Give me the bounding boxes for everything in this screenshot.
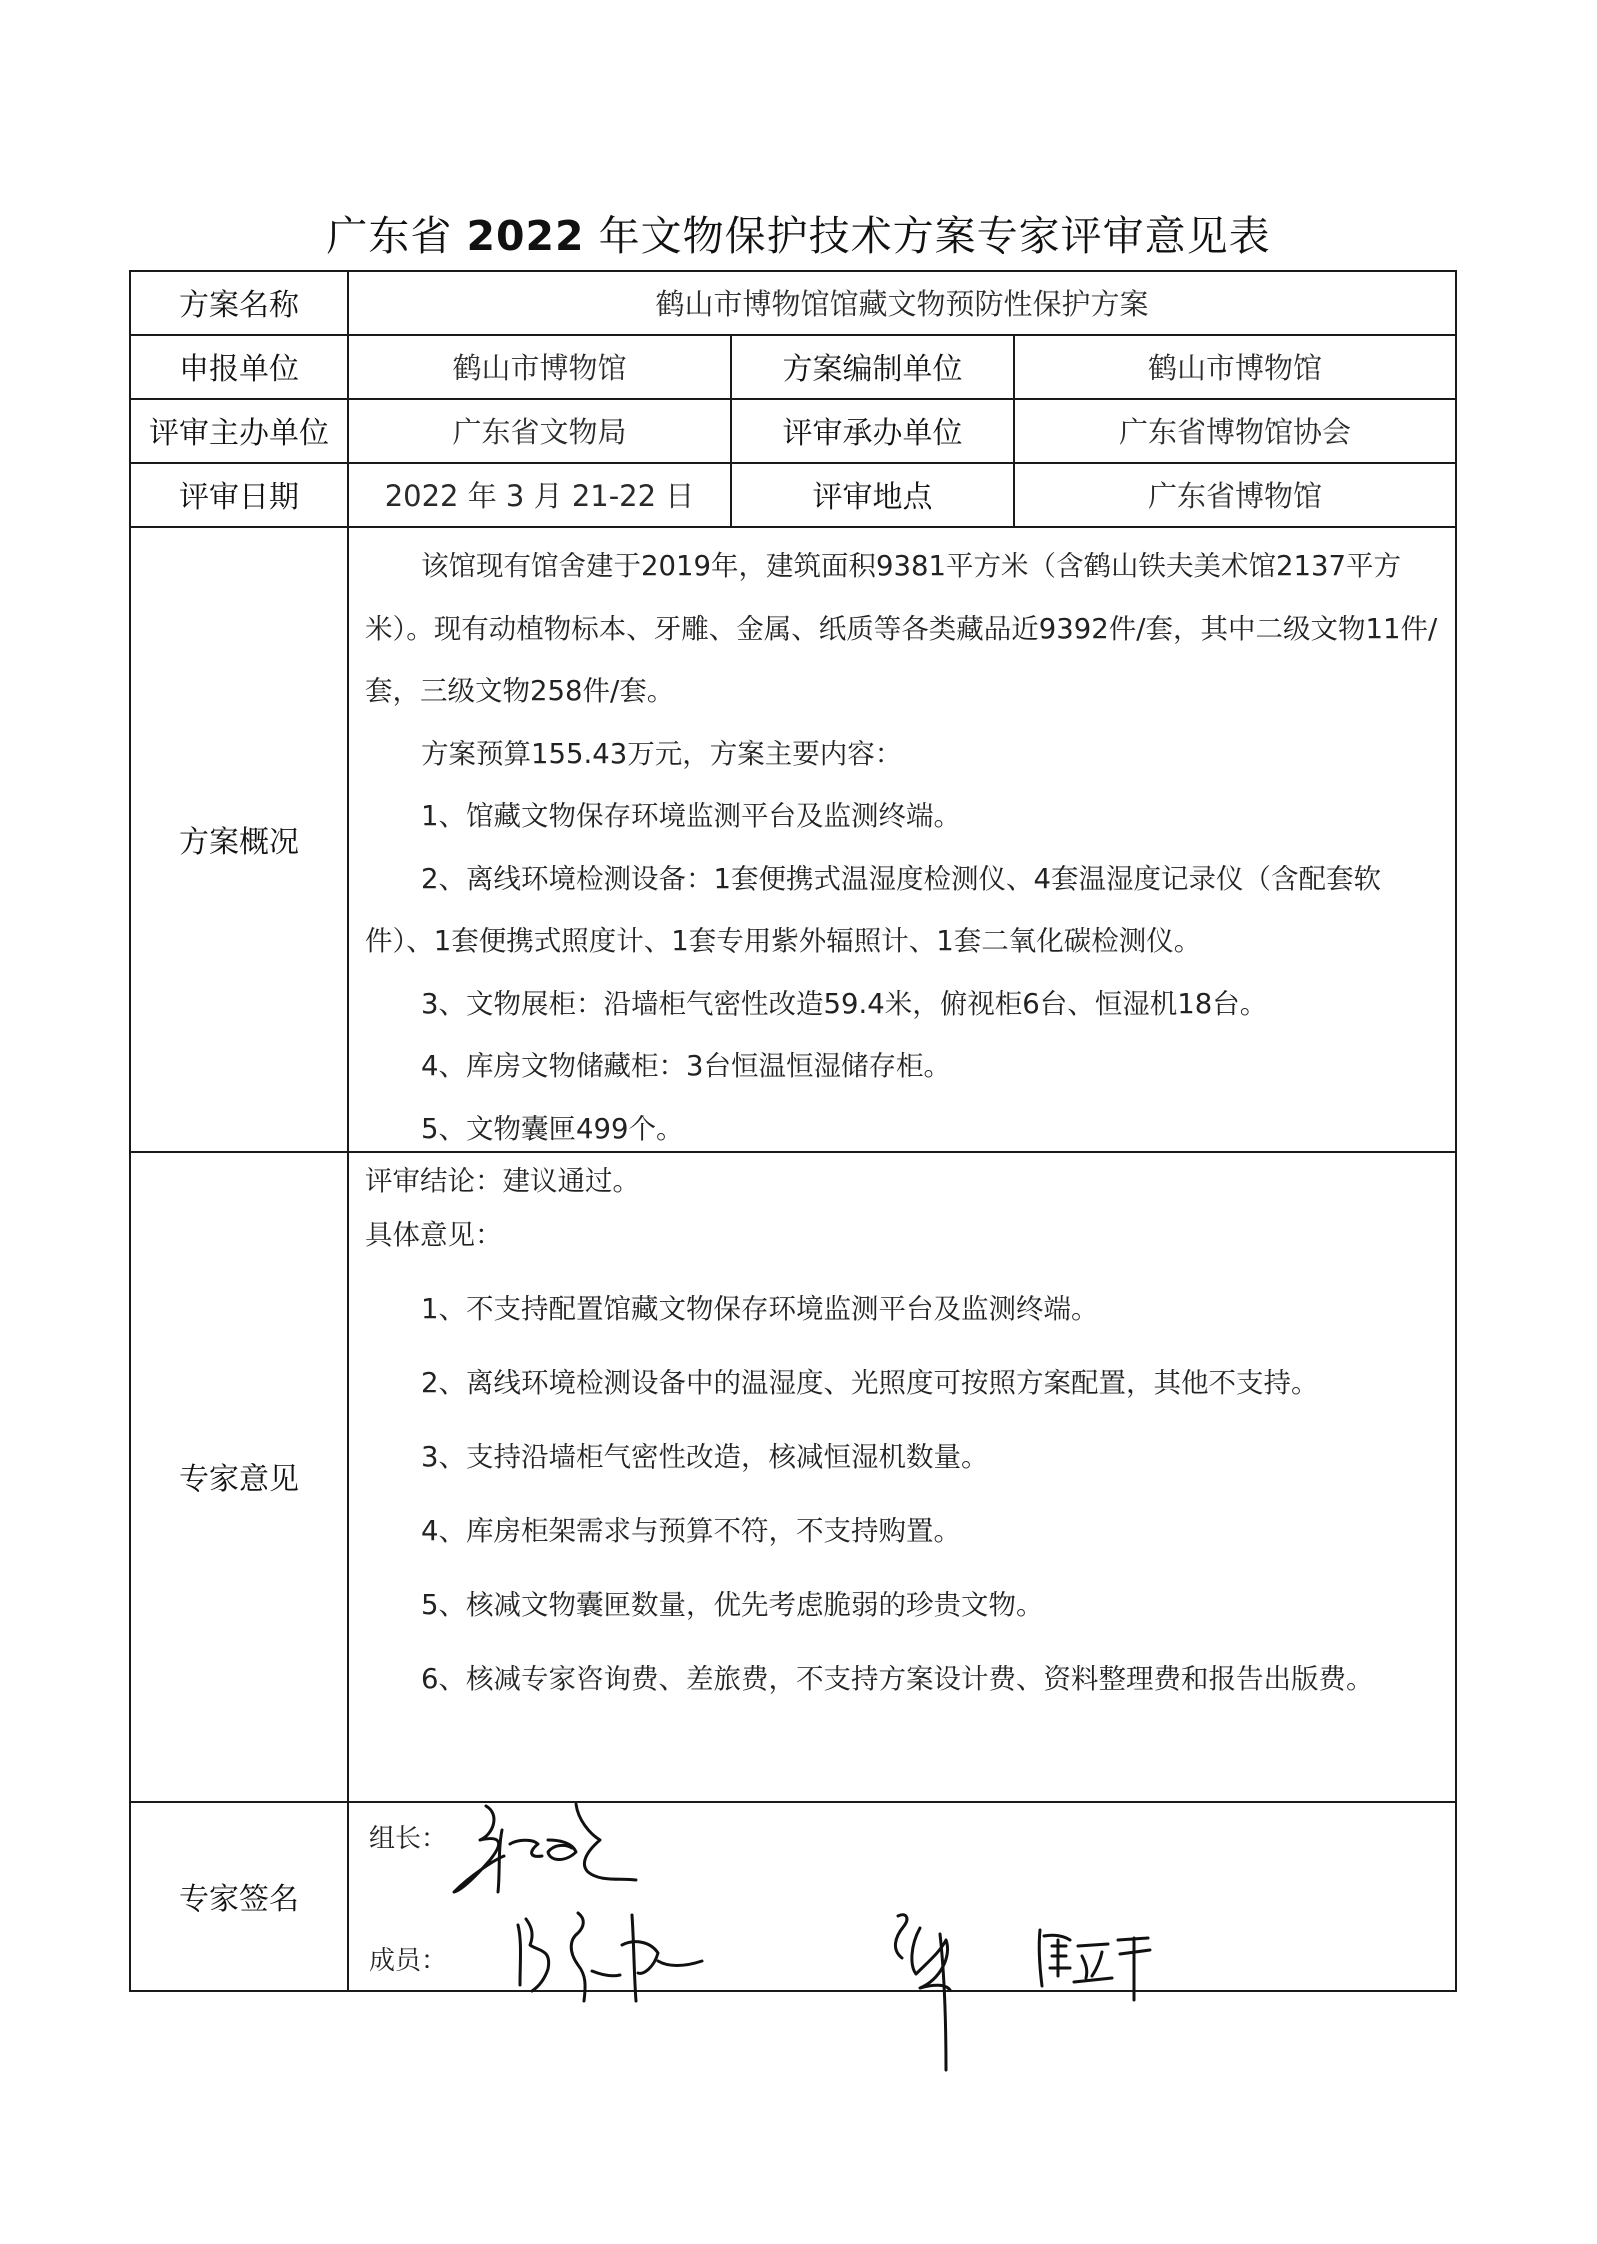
label-overview: 方案概况 xyxy=(129,526,349,1151)
label-compiler: 方案编制单位 xyxy=(732,334,1013,398)
label-expert-opinion: 专家意见 xyxy=(129,1151,349,1801)
member-signature-2 xyxy=(880,1910,990,2080)
overview-item: 4、库房文物储藏柜：3台恒温恒湿储存柜。 xyxy=(365,1035,1443,1098)
member-signature-1 xyxy=(508,1905,708,2015)
members-label: 成员： xyxy=(369,1940,447,1977)
overview-item: 5、文物囊匣499个。 xyxy=(365,1098,1443,1161)
overview-item: 2、离线环境检测设备：1套便携式温湿度检测仪、4套温湿度记录仪（含配套软件）、1… xyxy=(365,848,1443,973)
value-undertaker: 广东省博物馆协会 xyxy=(1015,398,1455,462)
value-venue: 广东省博物馆 xyxy=(1015,462,1455,526)
member-signature-3 xyxy=(1030,1920,1160,2010)
opinion-item: 5、核减文物囊匣数量，优先考虑脆弱的珍贵文物。 xyxy=(365,1568,1443,1642)
overview-content: 该馆现有馆舍建于2019年，建筑面积9381平方米（含鹤山铁夫美术馆2137平方… xyxy=(365,535,1443,1160)
title-suffix: 年文物保护技术方案专家评审意见表 xyxy=(599,212,1271,260)
review-table: 方案名称 鹤山市博物馆馆藏文物预防性保护方案 申报单位 鹤山市博物馆 方案编制单… xyxy=(129,270,1457,1992)
overview-paragraph: 方案预算155.43万元，方案主要内容： xyxy=(365,723,1443,786)
document-title: 广东省 2022 年文物保护技术方案专家评审意见表 xyxy=(0,203,1597,262)
label-venue: 评审地点 xyxy=(732,462,1013,526)
label-organizer: 评审主办单位 xyxy=(129,398,349,462)
overview-item: 3、文物展柜：沿墙柜气密性改造59.4米，俯视柜6台、恒湿机18台。 xyxy=(365,973,1443,1036)
opinion-item: 3、支持沿墙柜气密性改造，核减恒湿机数量。 xyxy=(365,1420,1443,1494)
overview-paragraph: 该馆现有馆舍建于2019年，建筑面积9381平方米（含鹤山铁夫美术馆2137平方… xyxy=(365,535,1443,723)
opinion-content: 评审结论：建议通过。 具体意见： 1、不支持配置馆藏文物保存环境监测平台及监测终… xyxy=(365,1154,1443,1716)
label-applicant: 申报单位 xyxy=(129,334,349,398)
table-border-right xyxy=(1455,270,1457,1992)
overview-item: 1、馆藏文物保存环境监测平台及监测终端。 xyxy=(365,785,1443,848)
opinion-item: 6、核减专家咨询费、差旅费，不支持方案设计费、资料整理费和报告出版费。 xyxy=(365,1642,1443,1716)
value-date: 2022 年 3 月 21-22 日 xyxy=(349,462,730,526)
opinion-item: 4、库房柜架需求与预算不符，不支持购置。 xyxy=(365,1494,1443,1568)
leader-label: 组长： xyxy=(369,1818,447,1855)
value-scheme-name: 鹤山市博物馆馆藏文物预防性保护方案 xyxy=(349,270,1455,334)
label-expert-signatures: 专家签名 xyxy=(129,1801,349,1991)
title-prefix: 广东省 xyxy=(326,212,452,260)
label-scheme-name: 方案名称 xyxy=(129,270,349,334)
opinion-item: 1、不支持配置馆藏文物保存环境监测平台及监测终端。 xyxy=(365,1272,1443,1346)
value-applicant: 鹤山市博物馆 xyxy=(349,334,730,398)
value-organizer: 广东省文物局 xyxy=(349,398,730,462)
label-date: 评审日期 xyxy=(129,462,349,526)
value-compiler: 鹤山市博物馆 xyxy=(1015,334,1455,398)
specific-opinions-heading: 具体意见： xyxy=(365,1208,1443,1262)
title-year: 2022 xyxy=(466,212,584,260)
review-conclusion: 评审结论：建议通过。 xyxy=(365,1154,1443,1208)
label-undertaker: 评审承办单位 xyxy=(732,398,1013,462)
opinion-item: 2、离线环境检测设备中的温湿度、光照度可按照方案配置，其他不支持。 xyxy=(365,1346,1443,1420)
